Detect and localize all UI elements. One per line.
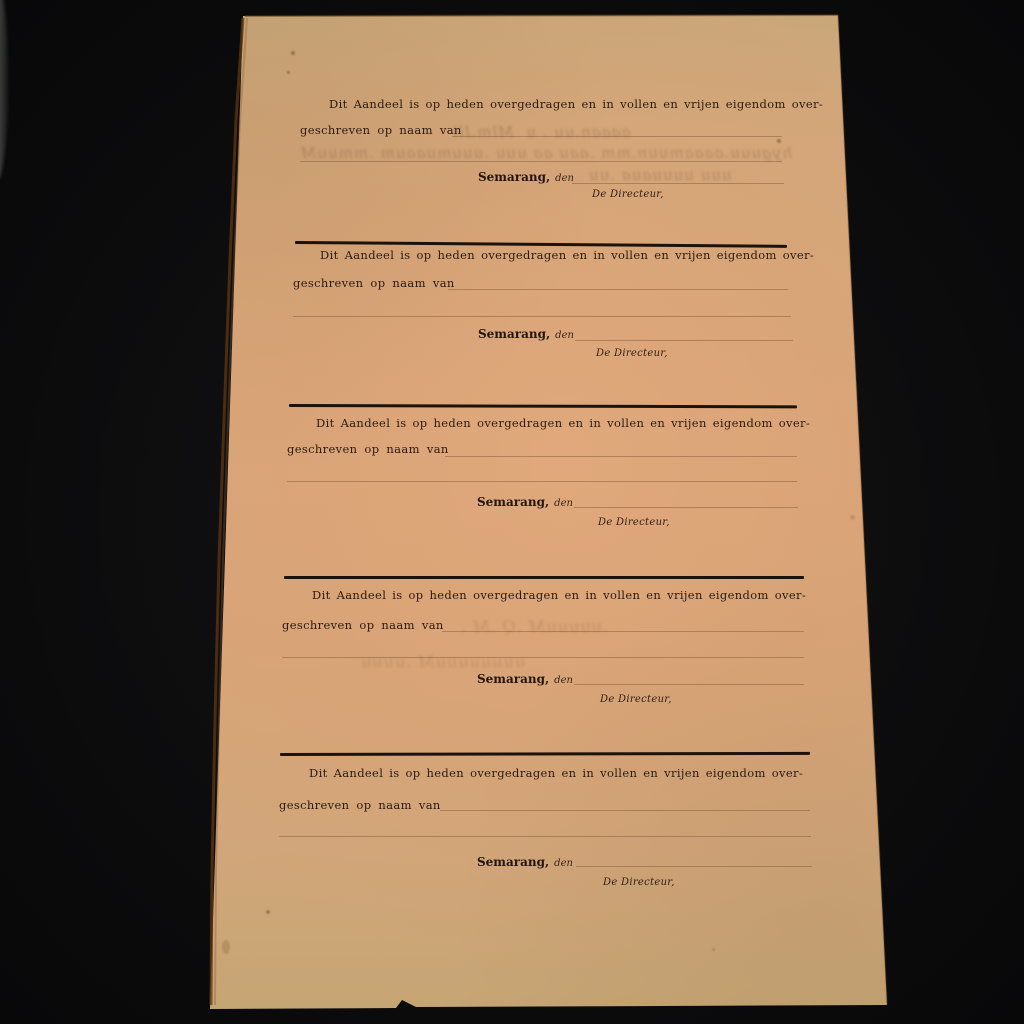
place-name: Semarang, (477, 855, 549, 869)
transfer-statement: Dit Aandeel is op heden overgedragen en … (312, 588, 806, 602)
signatory-label: De Directeur, (598, 517, 670, 528)
date-field[interactable] (575, 340, 793, 341)
transferee-name-field-continued[interactable] (293, 316, 791, 317)
transferee-name-field-continued[interactable] (287, 481, 797, 482)
place-date-label: Semarang,den (478, 170, 574, 184)
signatory-label: De Directeur, (600, 694, 672, 705)
transferee-name-field[interactable] (442, 631, 804, 632)
transferee-label: geschreven op naam van (287, 442, 449, 456)
place-name: Semarang, (478, 327, 550, 341)
signatory-label: De Directeur, (592, 189, 664, 200)
date-label: den (554, 858, 573, 869)
section-divider (295, 241, 787, 248)
date-field[interactable] (572, 183, 784, 184)
date-field[interactable] (574, 684, 804, 685)
place-date-label: Semarang,den (477, 855, 573, 869)
place-date-label: Semarang,den (478, 327, 574, 341)
transferee-name-field[interactable] (440, 810, 810, 811)
date-label: den (554, 675, 573, 686)
place-name: Semarang, (477, 672, 549, 686)
place-date-label: Semarang,den (477, 495, 573, 509)
place-date-label: Semarang,den (477, 672, 573, 686)
transferee-label: geschreven op naam van (300, 123, 462, 137)
transferee-name-field-continued[interactable] (279, 836, 811, 837)
transfer-statement: Dit Aandeel is op heden overgedragen en … (320, 248, 814, 262)
transferee-label: geschreven op naam van (282, 618, 444, 632)
date-field[interactable] (576, 866, 812, 867)
photo-scene: aaaan.uu . u Mlm.Ill hyguuu.aaaamuun.mm … (0, 0, 1024, 1024)
transferee-name-field[interactable] (448, 289, 788, 290)
section-divider (289, 404, 797, 408)
date-label: den (555, 330, 574, 341)
signatory-label: De Directeur, (596, 348, 668, 359)
section-divider (284, 576, 804, 579)
transferee-name-field[interactable] (452, 136, 782, 137)
place-name: Semarang, (478, 170, 550, 184)
transferee-label: geschreven op naam van (279, 798, 441, 812)
section-divider (280, 752, 810, 756)
date-label: den (554, 498, 573, 509)
date-field[interactable] (574, 507, 798, 508)
signatory-label: De Directeur, (603, 877, 675, 888)
transfer-statement: Dit Aandeel is op heden overgedragen en … (329, 97, 823, 111)
transfer-statement: Dit Aandeel is op heden overgedragen en … (309, 766, 803, 780)
transferee-name-field-continued[interactable] (282, 657, 804, 658)
transferee-name-field[interactable] (445, 456, 797, 457)
transferee-label: geschreven op naam van (293, 276, 455, 290)
place-name: Semarang, (477, 495, 549, 509)
transferee-name-field-continued[interactable] (300, 161, 782, 162)
transfer-statement: Dit Aandeel is op heden overgedragen en … (316, 416, 810, 430)
transfer-form: Dit Aandeel is op heden overgedragen en … (0, 0, 1024, 1024)
